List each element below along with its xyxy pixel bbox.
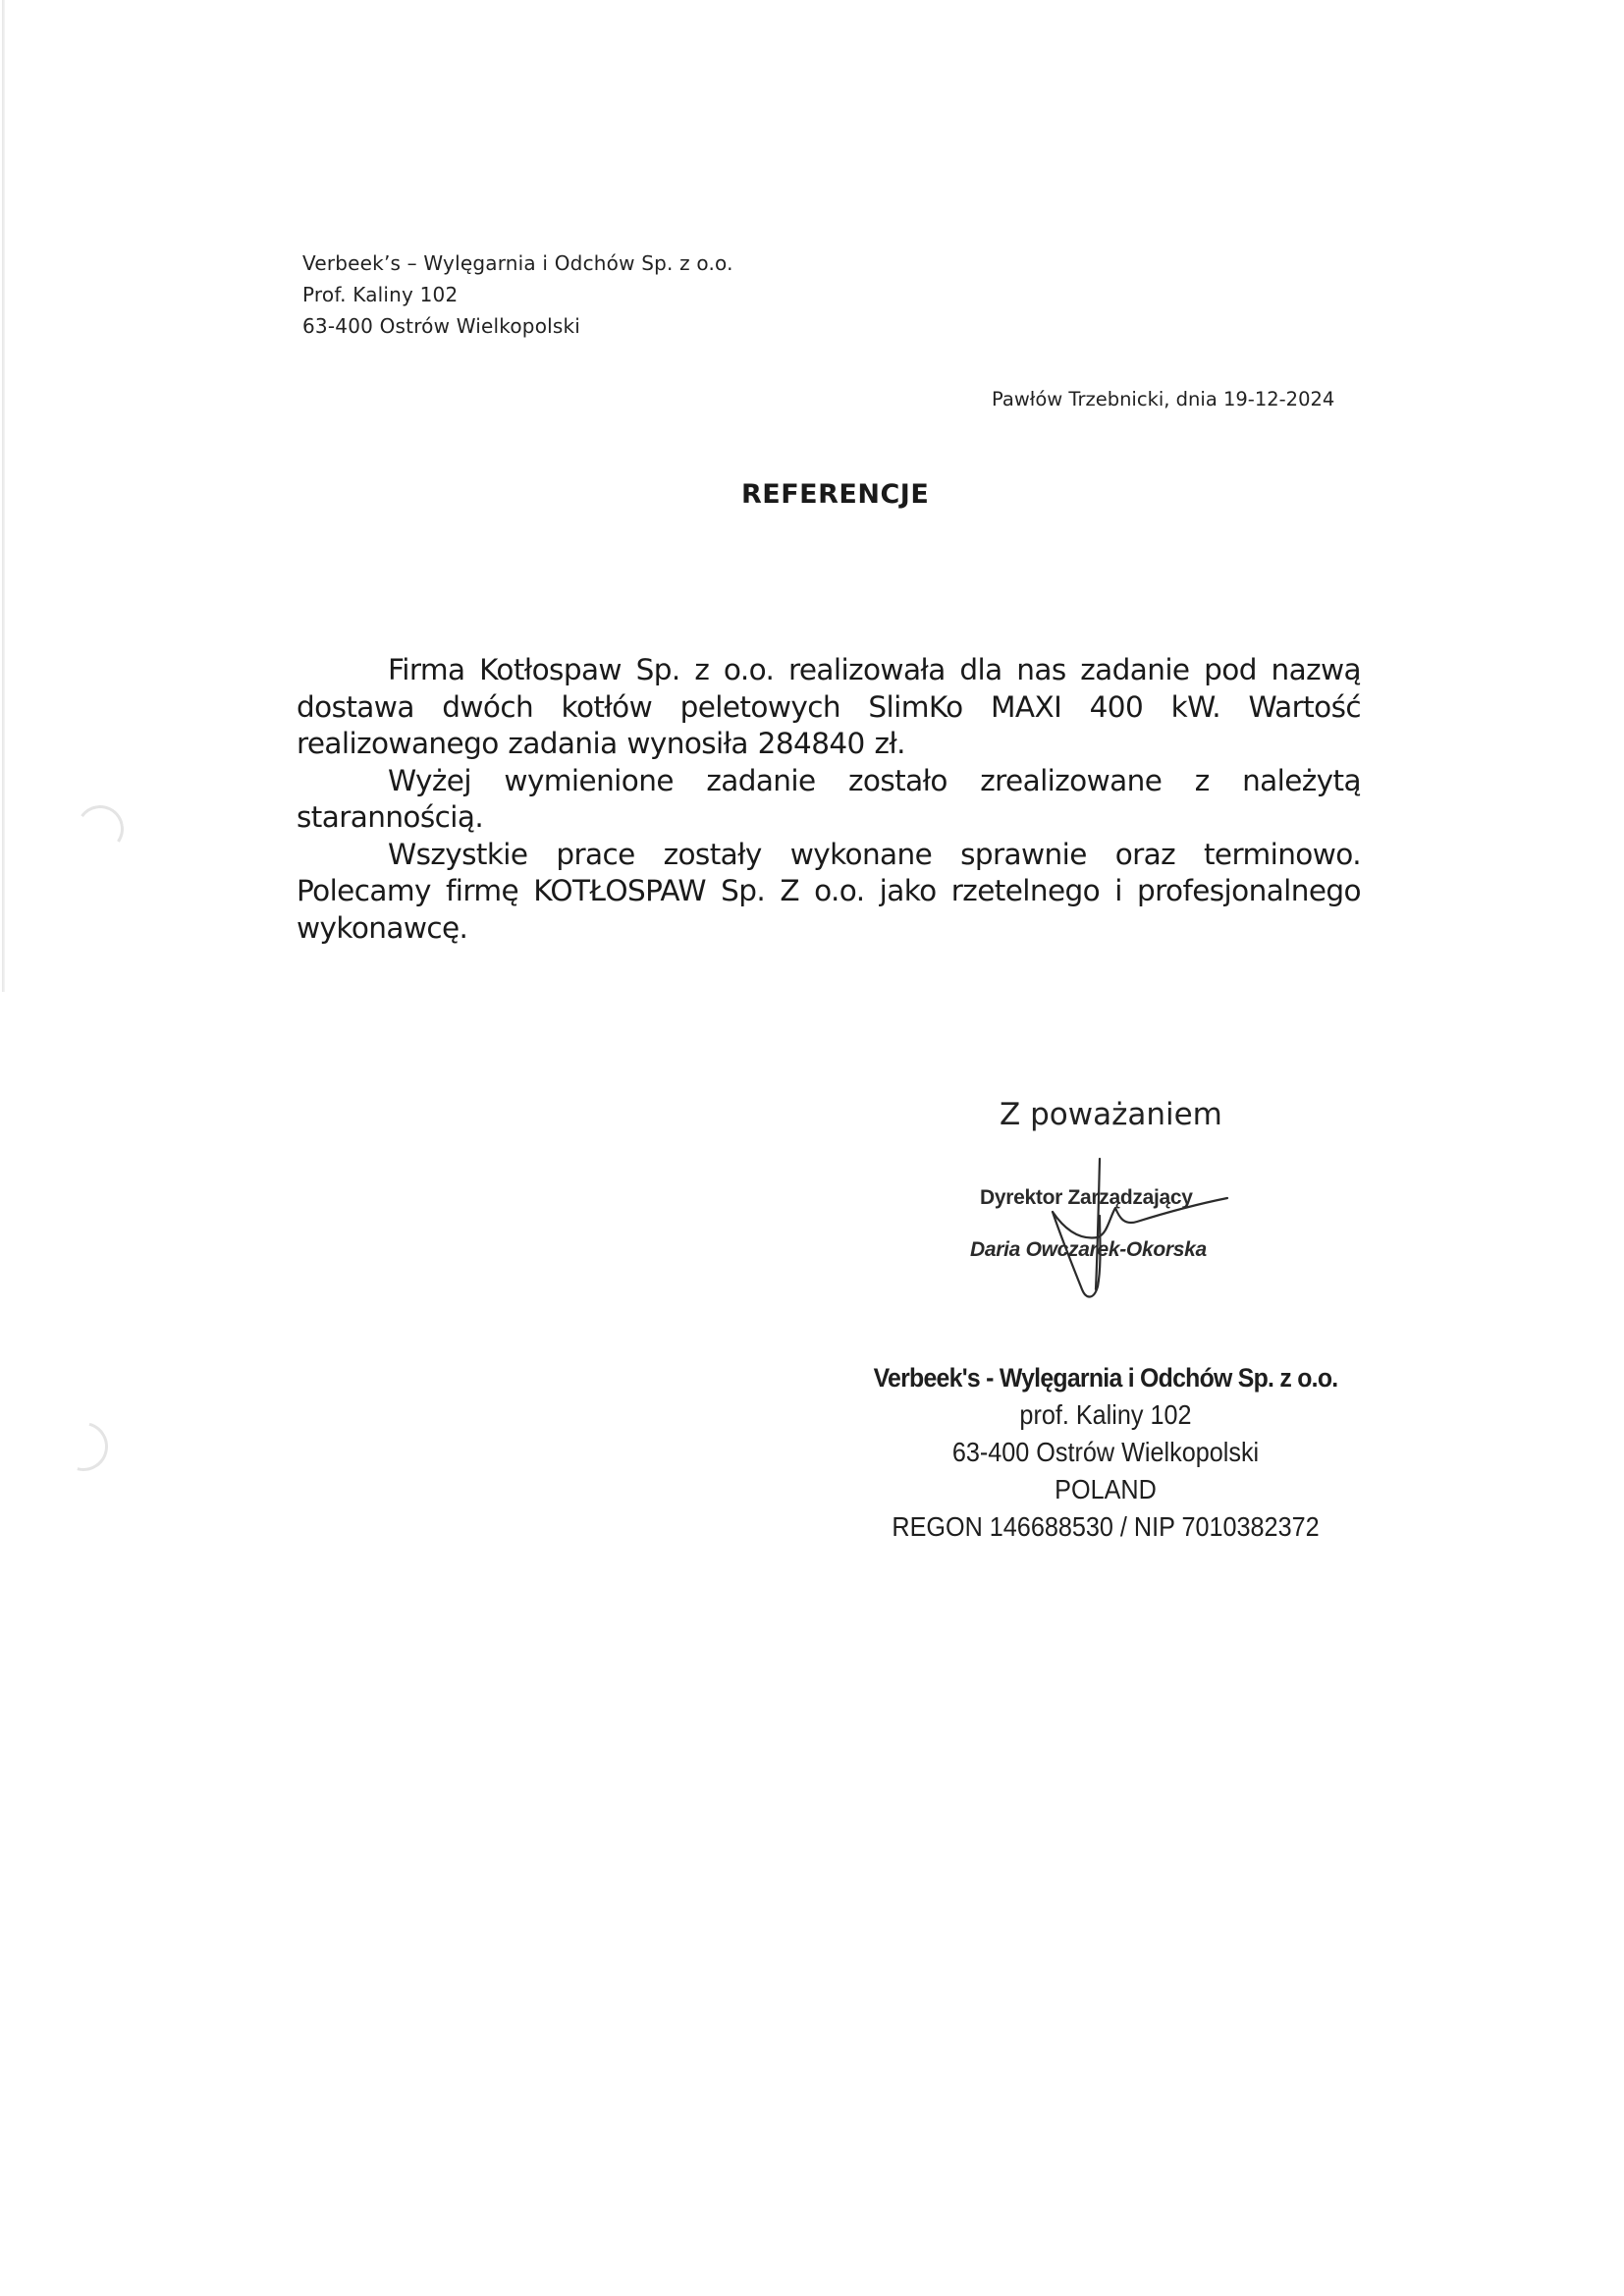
document-title: REFERENCJE: [741, 475, 929, 515]
letter-body: Firma Kotłospaw Sp. z o.o. realizowała d…: [297, 652, 1361, 947]
sender-city: 63-400 Ostrów Wielkopolski: [302, 310, 733, 342]
place-and-date: Pawłów Trzebnicki, dnia 19-12-2024: [992, 385, 1334, 414]
stamp-country: POLAND: [876, 1471, 1335, 1508]
stamp-city: 63-400 Ostrów Wielkopolski: [876, 1434, 1335, 1471]
punch-hole-mark: [50, 1413, 117, 1480]
stamp-company-name: Verbeek's - Wylęgarnia i Odchów Sp. z o.…: [871, 1359, 1340, 1396]
stamp-registry-numbers: REGON 146688530 / NIP 7010382372: [876, 1508, 1335, 1546]
body-paragraph: Wszystkie prace zostały wykonane sprawni…: [297, 837, 1361, 948]
stamp-street: prof. Kaliny 102: [876, 1396, 1335, 1434]
body-paragraph: Wyżej wymienione zadanie zostało zrealiz…: [297, 763, 1361, 837]
body-paragraph: Firma Kotłospaw Sp. z o.o. realizowała d…: [297, 652, 1361, 763]
punch-hole-mark: [73, 801, 128, 856]
closing-salutation: Z poważaniem: [1000, 1095, 1222, 1134]
sender-company: Verbeek’s – Wylęgarnia i Odchów Sp. z o.…: [302, 247, 733, 279]
sender-address-block: Verbeek’s – Wylęgarnia i Odchów Sp. z o.…: [302, 247, 733, 342]
scan-edge-shadow: [2, 0, 5, 992]
company-stamp: Verbeek's - Wylęgarnia i Odchów Sp. z o.…: [850, 1359, 1361, 1546]
handwritten-signature-icon: [962, 1157, 1257, 1314]
sender-street: Prof. Kaliny 102: [302, 279, 733, 310]
signature-stamp: Dyrektor Zarządzający Daria Owczarek-Oko…: [962, 1157, 1257, 1314]
